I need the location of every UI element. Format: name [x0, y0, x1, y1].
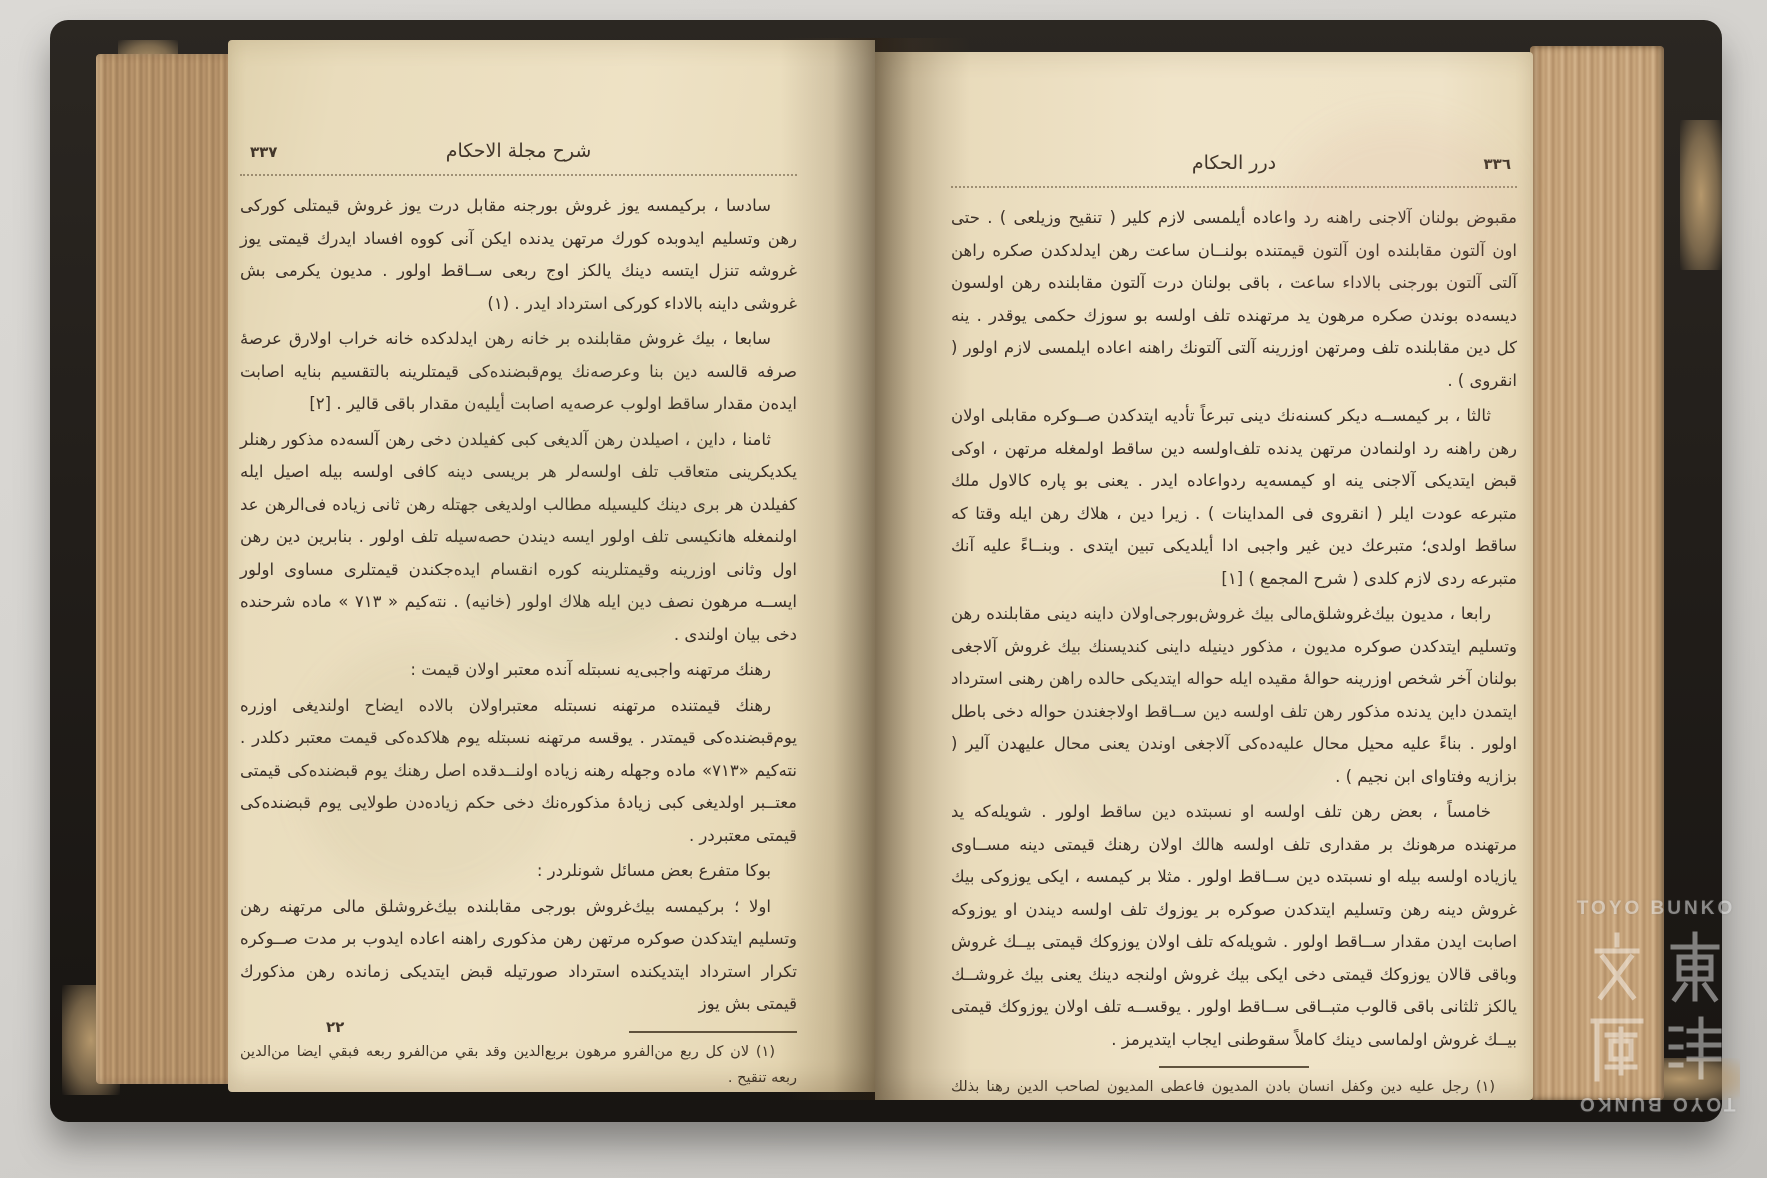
watermark-text-bottom: TOYO BUNKO — [1577, 1092, 1735, 1114]
seal-glyph-bun — [1585, 929, 1649, 1003]
right-page: ٣٣٦ درر الحكام مقبوض بولنان آلاجنى راهنه… — [875, 52, 1533, 1100]
toyo-bunko-seal — [1585, 929, 1727, 1083]
left-page-footnotes: (١) لان كل ربع من‌الفرو مرهون بربع‌الدين… — [240, 1031, 797, 1093]
body-paragraph: ثالثا ، بر كيمســه ديكر كسنه‌نك دينى تبر… — [951, 400, 1517, 595]
body-paragraph: اولا ؛ بركيمسه بيك‌غروش بورجى مقابلنده ب… — [240, 891, 797, 1021]
header-rule — [951, 186, 1517, 188]
left-page-header: ٣٣٧ شرح مجلة الاحكام — [240, 140, 797, 170]
body-paragraph: بوكا متفرع بعض مسائل شونلردر : — [240, 855, 797, 888]
signature-mark: ٢٢ — [326, 1018, 344, 1036]
body-paragraph: مقبوض بولنان آلاجنى راهنه رد واعاده أيلم… — [951, 202, 1517, 397]
left-page-title: شرح مجلة الاحكام — [446, 140, 592, 162]
right-page-number: ٣٣٦ — [1484, 155, 1511, 173]
cover-wear-spot — [1680, 120, 1722, 270]
book-photo-scene: ٣٣٧ شرح مجلة الاحكام سادسا ، بركيمسه يوز… — [0, 0, 1767, 1178]
footnote-separator — [629, 1031, 797, 1033]
page-fore-edge-left — [96, 54, 238, 1084]
header-rule — [240, 174, 797, 176]
seal-glyph-to — [1663, 929, 1727, 1003]
right-page-body: مقبوض بولنان آلاجنى راهنه رد واعاده أيلم… — [951, 202, 1517, 1056]
body-paragraph: سابعا ، بيك غروش مقابلنده بر خانه رهن اي… — [240, 323, 797, 421]
right-page-header: ٣٣٦ درر الحكام — [951, 152, 1517, 182]
watermark-text-top: TOYO BUNKO — [1577, 898, 1735, 920]
body-paragraph: رهنك قيمتنده مرتهنه نسبتله معتبراولان با… — [240, 690, 797, 853]
left-page: ٣٣٧ شرح مجلة الاحكام سادسا ، بركيمسه يوز… — [228, 40, 875, 1092]
left-page-number: ٣٣٧ — [250, 143, 277, 161]
body-paragraph: سادسا ، بركيمسه يوز غروش بورجنه مقابل در… — [240, 190, 797, 320]
footnote: (١) لان كل ربع من‌الفرو مرهون بربع‌الدين… — [240, 1039, 797, 1091]
right-page-title: درر الحكام — [1192, 152, 1276, 174]
right-page-footnotes: (١) رجل عليه دين وكفل انسان بادن المديون… — [951, 1066, 1517, 1100]
body-paragraph: خامساً ، بعض رهن تلف اولسه او نسبتده دين… — [951, 796, 1517, 1056]
body-paragraph: رابعا ، مديون بيك‌غروشلق‌مالى بيك غروش‌ب… — [951, 598, 1517, 793]
seal-glyph-yo — [1663, 1009, 1727, 1083]
body-paragraph: ثامنا ، داين ، اصيلدن رهن آلديغى كبى كفي… — [240, 424, 797, 652]
body-paragraph: رهنك مرتهنه واجبى‌يه نسبتله آنده معتبر ا… — [240, 654, 797, 687]
footnote: (١) رجل عليه دين وكفل انسان بادن المديون… — [951, 1074, 1517, 1100]
toyo-bunko-watermark: TOYO BUNKO TOYO BUNKO — [1558, 898, 1754, 1114]
seal-glyph-ko — [1585, 1009, 1649, 1083]
footnote-separator — [1159, 1066, 1309, 1068]
left-page-body: سادسا ، بركيمسه يوز غروش بورجنه مقابل در… — [240, 190, 797, 1021]
